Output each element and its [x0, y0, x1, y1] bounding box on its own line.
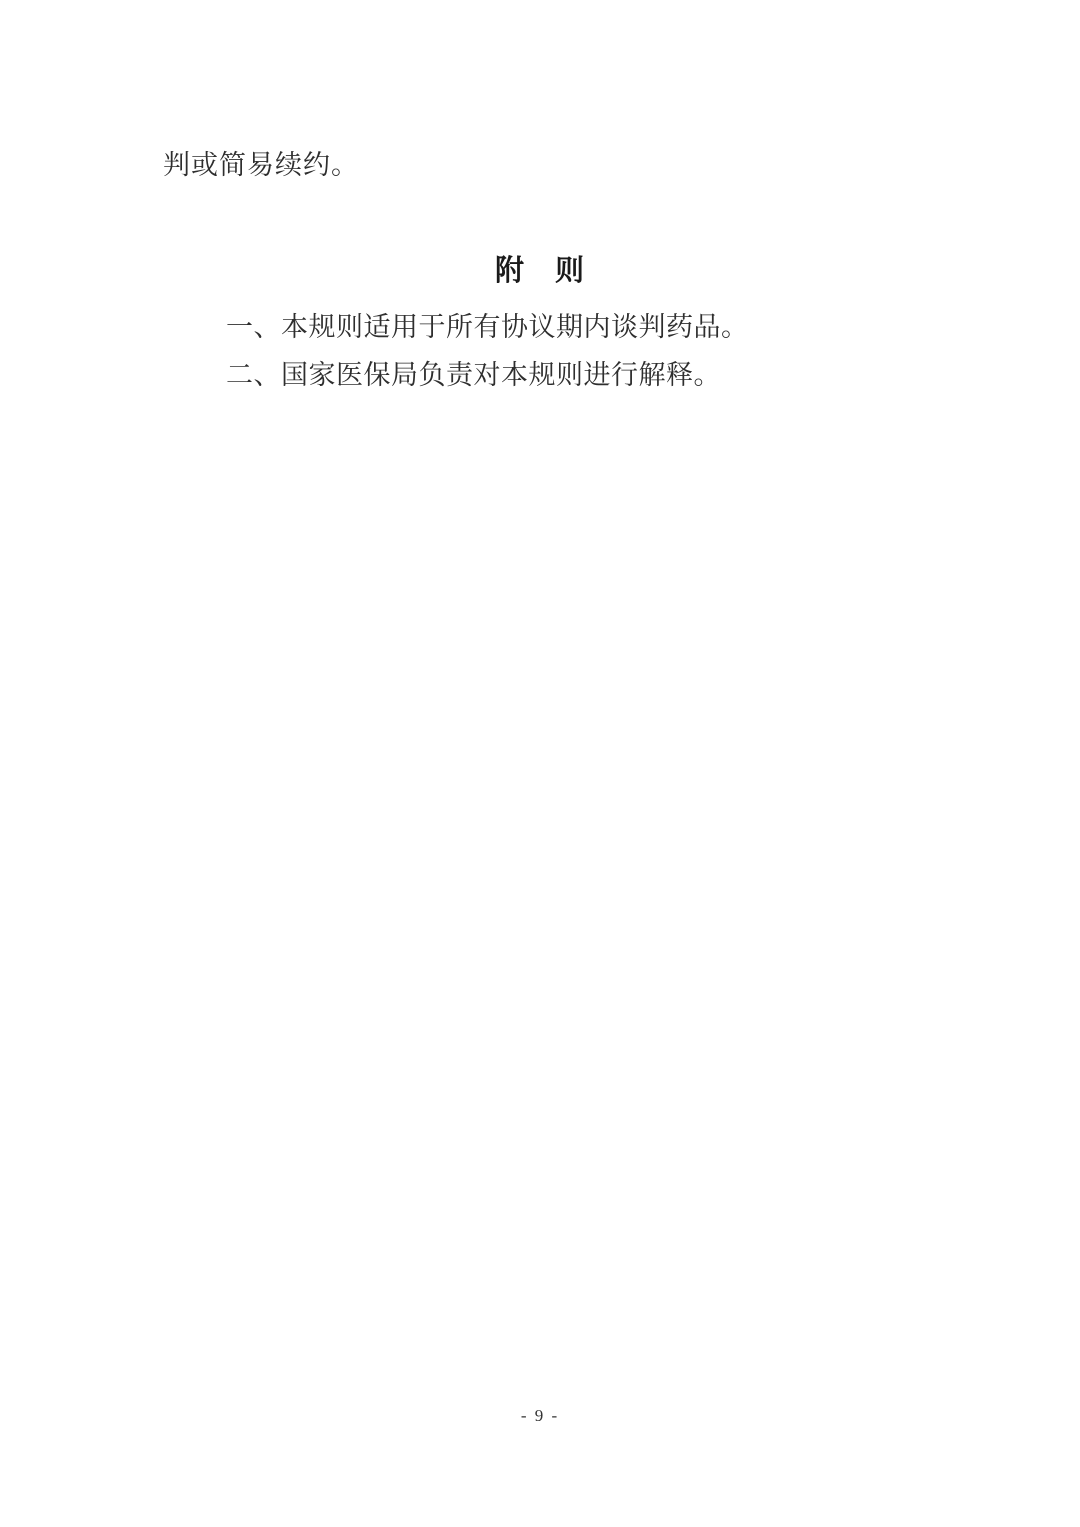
paragraph-continuation: 判或简易续约。: [163, 143, 359, 182]
list-item-2: 二、国家医保局负责对本规则进行解释。: [226, 353, 721, 392]
page-number: - 9 -: [0, 1406, 1080, 1426]
list-item-1: 一、本规则适用于所有协议期内谈判药品。: [226, 305, 749, 344]
document-page: 判或简易续约。 附 则 一、本规则适用于所有协议期内谈判药品。 二、国家医保局负…: [0, 0, 1080, 1527]
section-heading: 附 则: [0, 248, 1080, 289]
